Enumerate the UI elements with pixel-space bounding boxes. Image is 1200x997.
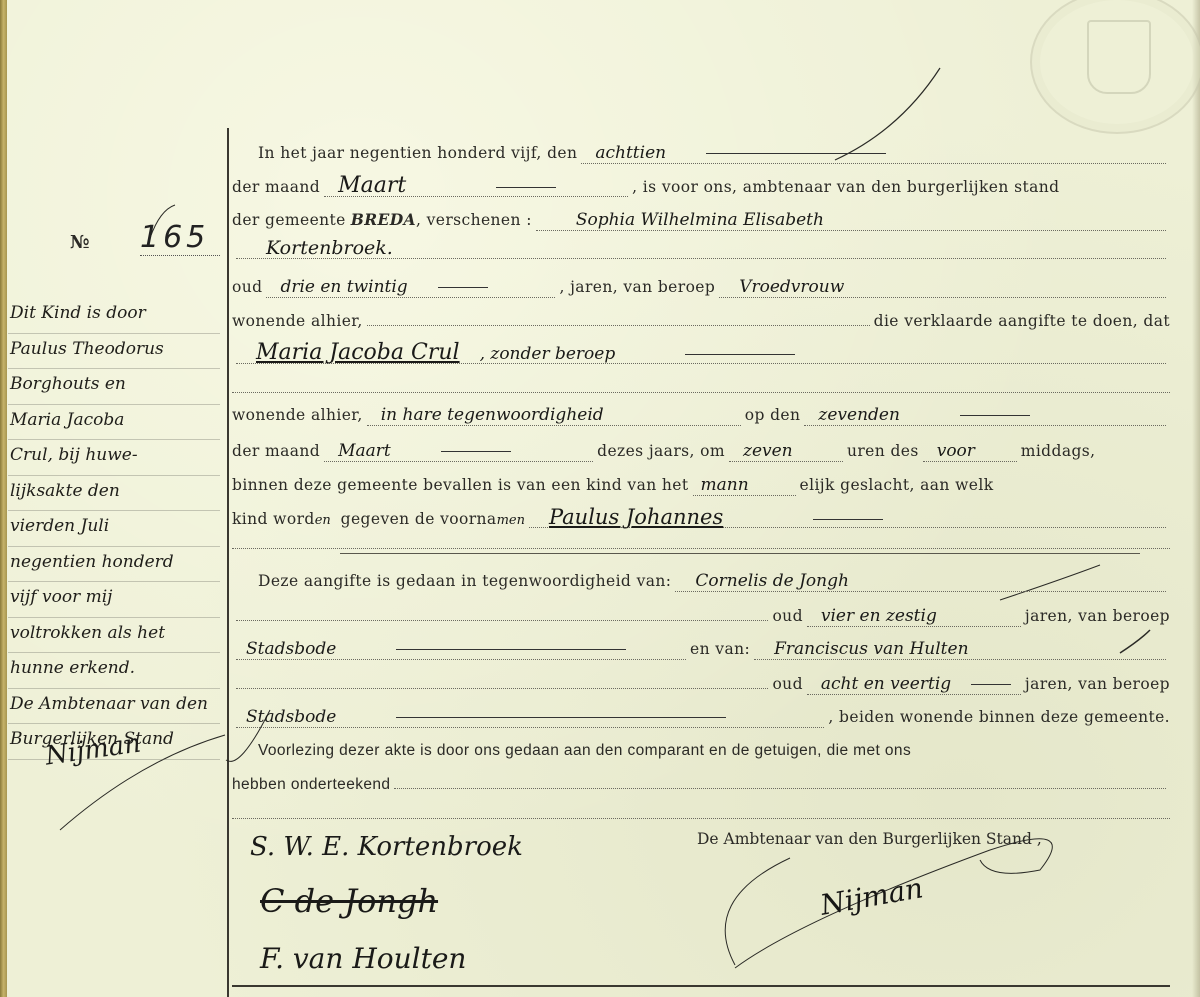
- page-edge: [1192, 0, 1200, 997]
- margin-note-line: Paulus Theodorus: [8, 334, 220, 370]
- printed-text: die verklaarde aangifte te doen, dat: [874, 306, 1170, 336]
- printed-text: oud: [772, 669, 802, 699]
- line-year: In het jaar negentien honderd vijf, den …: [258, 138, 1170, 168]
- printed-text: oud: [232, 272, 262, 302]
- day-field: achttien: [581, 143, 1166, 164]
- mother-field: Maria Jacoba Crul, zonder beroep: [236, 343, 1166, 364]
- embossed-seal-icon: [1030, 0, 1200, 134]
- declarant-signature: S. W. E. Kortenbroek: [250, 832, 523, 862]
- line-residence: wonende alhier, die verklaarde aangifte …: [232, 305, 1170, 335]
- line-witness2-occupation: Stadsbode , beiden wonende binnen deze g…: [232, 702, 1170, 732]
- blank-field: [394, 768, 1166, 789]
- printed-text: Deze aangifte is gedaan in tegenwoordigh…: [258, 566, 671, 596]
- line-reading: Voorlezing dezer akte is door ons gedaan…: [258, 736, 1170, 766]
- printed-text: dezes jaars, om: [597, 436, 725, 466]
- line-declarant-surname: Kortenbroek.: [232, 238, 1170, 268]
- margin-annotation: Dit Kind is door Paulus Theodorus Borgho…: [8, 298, 220, 760]
- margin-note-line: negentien honderd: [8, 547, 220, 583]
- witness1-age-field: vier en zestig: [807, 606, 1021, 627]
- line-signed: hebben onderteekend: [232, 768, 1170, 798]
- printed-text: In het jaar negentien honderd vijf, den: [258, 138, 577, 168]
- separator: [340, 553, 1140, 554]
- witness2-occupation-field: Stadsbode: [236, 707, 824, 728]
- witness2-age-field: acht en veertig: [807, 674, 1021, 695]
- line-birth-place: wonende alhier, in hare tegenwoordigheid…: [232, 400, 1170, 430]
- official-signature: Nijman: [818, 871, 926, 921]
- printed-text: Voorlezing dezer akte is door ons gedaan…: [258, 736, 911, 766]
- margin-note-line: Maria Jacoba: [8, 405, 220, 441]
- column-divider: [227, 128, 229, 997]
- line-age: oud drie en twintig , jaren, van beroep …: [232, 272, 1170, 302]
- printed-text: wonende alhier,: [232, 306, 363, 336]
- printed-text: hebben onderteekend: [232, 770, 390, 800]
- declarant-name-field: Sophia Wilhelmina Elisabeth: [536, 210, 1166, 231]
- printed-text: op den: [745, 400, 801, 430]
- margin-note-line: lijksakte den: [8, 476, 220, 512]
- line-child-names: kind worden gegeven de voornamen Paulus …: [232, 504, 1170, 534]
- period-field: voor: [923, 441, 1017, 462]
- residence-field: [367, 305, 870, 326]
- witness2-signature: F. van Houlten: [260, 942, 466, 975]
- separator: [232, 818, 1170, 819]
- birth-day-field: zevenden: [804, 405, 1166, 426]
- birth-hour-field: zeven: [729, 441, 843, 462]
- book-binding: [0, 0, 7, 997]
- printed-text: , jaren, van beroep: [559, 272, 715, 302]
- line-birth-time: der maand Maart dezes jaars, om zeven ur…: [232, 436, 1170, 466]
- printed-text: en van:: [690, 634, 750, 664]
- line-mother: Maria Jacoba Crul, zonder beroep: [232, 343, 1170, 373]
- line-witness2: Stadsbode en van: Franciscus van Hulten: [232, 634, 1170, 664]
- official-label: De Ambtenaar van den Burgerlijken Stand …: [697, 830, 1042, 848]
- line-month: der maand Maart , is voor ons, ambtenaar…: [232, 172, 1170, 202]
- declarant-occupation-field: Vroedvrouw: [719, 277, 1166, 298]
- line-witness1-age: oud vier en zestig jaren, van beroep: [232, 600, 1170, 630]
- margin-note-line: vierden Juli: [8, 511, 220, 547]
- margin-note-line: vijf voor mij: [8, 582, 220, 618]
- line-declarant: der gemeente BREDA , verschenen : Sophia…: [232, 205, 1170, 235]
- margin-note-line: hunne erkend.: [8, 653, 220, 689]
- entry-number-label: №: [70, 232, 90, 253]
- printed-text: oud: [772, 601, 802, 631]
- declarant-age-field: drie en twintig: [266, 277, 555, 298]
- witness2-name-field: Franciscus van Hulten: [754, 639, 1166, 660]
- month-field: Maart: [324, 176, 628, 197]
- printed-text: , beiden wonende binnen deze gemeente.: [828, 702, 1170, 732]
- bottom-rule: [232, 985, 1170, 987]
- municipality: BREDA: [351, 205, 416, 235]
- declarant-surname-field: Kortenbroek.: [236, 238, 1166, 259]
- printed-text: elijk geslacht, aan welk: [800, 470, 994, 500]
- printed-text: kind word: [232, 504, 315, 534]
- margin-note-line: Crul, bij huwe-: [8, 440, 220, 476]
- blank-field: [236, 600, 768, 621]
- margin-note-line: voltrokken als het: [8, 618, 220, 654]
- printed-text: , verschenen :: [416, 205, 532, 235]
- printed-text: uren des: [847, 436, 919, 466]
- printed-text: der maand: [232, 172, 320, 202]
- margin-note-line: Borghouts en: [8, 369, 220, 405]
- separator: [232, 392, 1170, 393]
- handwritten-suffix: en: [315, 506, 331, 536]
- birth-place-field: in hare tegenwoordigheid: [367, 405, 741, 426]
- handwritten-suffix: men: [497, 506, 525, 536]
- birth-month-field: Maart: [324, 441, 593, 462]
- separator: [232, 548, 1170, 549]
- witness1-occupation-field: Stadsbode: [236, 639, 686, 660]
- printed-text: jaren, van beroep: [1025, 669, 1170, 699]
- child-names-field: Paulus Johannes: [529, 507, 1166, 528]
- line-sex: binnen deze gemeente bevallen is van een…: [232, 470, 1170, 500]
- witness1-signature: C de Jongh: [260, 882, 438, 920]
- line-witness2-age: oud acht en veertig jaren, van beroep: [232, 668, 1170, 698]
- sex-field: mann: [693, 475, 796, 496]
- witness1-name-field: Cornelis de Jongh: [675, 571, 1166, 592]
- printed-text: der maand: [232, 436, 320, 466]
- printed-text: der gemeente: [232, 205, 346, 235]
- printed-text: jaren, van beroep: [1025, 601, 1170, 631]
- printed-text: binnen deze gemeente bevallen is van een…: [232, 470, 689, 500]
- line-witness1: Deze aangifte is gedaan in tegenwoordigh…: [258, 566, 1170, 596]
- printed-text: gegeven de voorna: [341, 504, 497, 534]
- blank-field: [236, 668, 768, 689]
- printed-text: wonende alhier,: [232, 400, 363, 430]
- margin-note-line: Dit Kind is door: [8, 298, 220, 334]
- printed-text: middags,: [1021, 436, 1096, 466]
- entry-number: 165: [140, 220, 220, 256]
- printed-text: , is voor ons, ambtenaar van den burgerl…: [632, 172, 1059, 202]
- margin-note-line: De Ambtenaar van den: [8, 689, 220, 725]
